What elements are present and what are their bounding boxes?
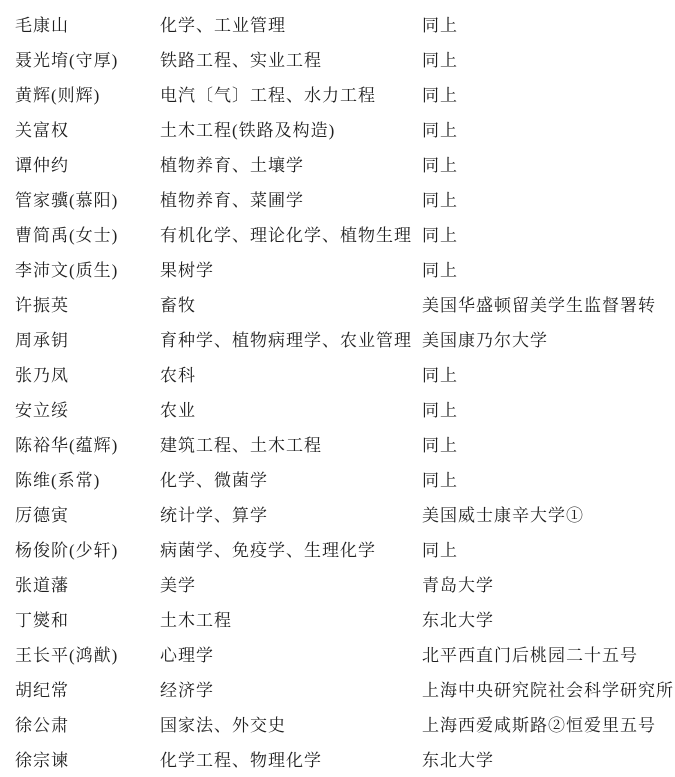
study-subjects: 经济学 <box>160 676 422 701</box>
study-subjects: 植物养育、土壤学 <box>160 151 422 176</box>
student-name: 安立绥 <box>15 396 160 421</box>
student-name: 谭仲约 <box>15 151 160 176</box>
study-subjects: 美学 <box>160 571 422 596</box>
student-name: 管家骥(慕阳) <box>15 186 160 211</box>
student-name: 周承钥 <box>15 326 160 351</box>
contact-address: 上海中央研究院社会科学研究所 <box>422 676 675 701</box>
student-name: 曹简禹(女士) <box>15 221 160 246</box>
contact-address: 同上 <box>422 536 675 561</box>
contact-address: 同上 <box>422 256 675 281</box>
study-subjects: 铁路工程、实业工程 <box>160 46 422 71</box>
table-row: 张道藩 美学 青岛大学 <box>0 566 675 601</box>
table-row: 陈裕华(蕴辉) 建筑工程、土木工程 同上 <box>0 426 675 461</box>
contact-address: 东北大学 <box>422 606 675 631</box>
contact-address: 同上 <box>422 361 675 386</box>
student-name: 黄辉(则辉) <box>15 81 160 106</box>
study-subjects: 电汽〔气〕工程、水力工程 <box>160 81 422 106</box>
study-subjects: 心理学 <box>160 641 422 666</box>
student-table: 毛康山 化学、工业管理 同上 聂光堉(守厚) 铁路工程、实业工程 同上 黄辉(则… <box>0 0 675 776</box>
study-subjects: 建筑工程、土木工程 <box>160 431 422 456</box>
student-name: 李沛文(质生) <box>15 256 160 281</box>
contact-address: 东北大学 <box>422 746 675 771</box>
contact-address: 同上 <box>422 81 675 106</box>
contact-address: 美国威士康辛大学① <box>422 501 675 526</box>
student-name: 毛康山 <box>15 11 160 36</box>
study-subjects: 化学、工业管理 <box>160 11 422 36</box>
contact-address: 北平西直门后桃园二十五号 <box>422 641 675 666</box>
table-row: 王长平(鸿猷) 心理学 北平西直门后桃园二十五号 <box>0 636 675 671</box>
study-subjects: 有机化学、理论化学、植物生理 <box>160 221 422 246</box>
table-row: 安立绥 农业 同上 <box>0 391 675 426</box>
student-name: 王长平(鸿猷) <box>15 641 160 666</box>
student-name: 张乃凤 <box>15 361 160 386</box>
table-row: 厉德寅 统计学、算学 美国威士康辛大学① <box>0 496 675 531</box>
study-subjects: 农业 <box>160 396 422 421</box>
table-row: 许振英 畜牧 美国华盛顿留美学生监督署转 <box>0 286 675 321</box>
table-row: 关富权 土木工程(铁路及构造) 同上 <box>0 111 675 146</box>
contact-address: 青岛大学 <box>422 571 675 596</box>
table-row: 聂光堉(守厚) 铁路工程、实业工程 同上 <box>0 41 675 76</box>
study-subjects: 农科 <box>160 361 422 386</box>
contact-address: 同上 <box>422 431 675 456</box>
student-name: 徐公肃 <box>15 711 160 736</box>
student-name: 杨俊阶(少轩) <box>15 536 160 561</box>
table-row: 管家骥(慕阳) 植物养育、菜圃学 同上 <box>0 181 675 216</box>
table-row: 周承钥 育种学、植物病理学、农业管理 美国康乃尔大学 <box>0 321 675 356</box>
table-row: 曹简禹(女士) 有机化学、理论化学、植物生理 同上 <box>0 216 675 251</box>
student-name: 陈裕华(蕴辉) <box>15 431 160 456</box>
contact-address: 同上 <box>422 151 675 176</box>
study-subjects: 土木工程(铁路及构造) <box>160 116 422 141</box>
study-subjects: 育种学、植物病理学、农业管理 <box>160 326 422 351</box>
table-row: 徐公肃 国家法、外交史 上海西爱咸斯路②恒爱里五号 <box>0 706 675 741</box>
study-subjects: 统计学、算学 <box>160 501 422 526</box>
contact-address: 美国康乃尔大学 <box>422 326 675 351</box>
contact-address: 上海西爱咸斯路②恒爱里五号 <box>422 711 675 736</box>
student-name: 胡纪常 <box>15 676 160 701</box>
student-name: 关富权 <box>15 116 160 141</box>
table-row: 杨俊阶(少轩) 病菌学、免疫学、生理化学 同上 <box>0 531 675 566</box>
table-row: 陈维(系常) 化学、微菌学 同上 <box>0 461 675 496</box>
contact-address: 同上 <box>422 11 675 36</box>
contact-address: 同上 <box>422 396 675 421</box>
table-row: 徐宗谏 化学工程、物理化学 东北大学 <box>0 741 675 776</box>
study-subjects: 植物养育、菜圃学 <box>160 186 422 211</box>
table-row: 谭仲约 植物养育、土壤学 同上 <box>0 146 675 181</box>
student-name: 张道藩 <box>15 571 160 596</box>
study-subjects: 化学、微菌学 <box>160 466 422 491</box>
study-subjects: 化学工程、物理化学 <box>160 746 422 771</box>
student-name: 厉德寅 <box>15 501 160 526</box>
student-name: 丁爕和 <box>15 606 160 631</box>
study-subjects: 病菌学、免疫学、生理化学 <box>160 536 422 561</box>
table-row: 李沛文(质生) 果树学 同上 <box>0 251 675 286</box>
study-subjects: 畜牧 <box>160 291 422 316</box>
student-name: 聂光堉(守厚) <box>15 46 160 71</box>
table-row: 毛康山 化学、工业管理 同上 <box>0 6 675 41</box>
table-row: 张乃凤 农科 同上 <box>0 356 675 391</box>
contact-address: 同上 <box>422 221 675 246</box>
contact-address: 同上 <box>422 466 675 491</box>
student-name: 陈维(系常) <box>15 466 160 491</box>
student-name: 许振英 <box>15 291 160 316</box>
table-row: 胡纪常 经济学 上海中央研究院社会科学研究所 <box>0 671 675 706</box>
contact-address: 美国华盛顿留美学生监督署转 <box>422 291 675 316</box>
study-subjects: 国家法、外交史 <box>160 711 422 736</box>
contact-address: 同上 <box>422 186 675 211</box>
study-subjects: 土木工程 <box>160 606 422 631</box>
contact-address: 同上 <box>422 46 675 71</box>
student-name: 徐宗谏 <box>15 746 160 771</box>
contact-address: 同上 <box>422 116 675 141</box>
table-row: 黄辉(则辉) 电汽〔气〕工程、水力工程 同上 <box>0 76 675 111</box>
document-page: 毛康山 化学、工业管理 同上 聂光堉(守厚) 铁路工程、实业工程 同上 黄辉(则… <box>0 0 675 777</box>
table-row: 丁爕和 土木工程 东北大学 <box>0 601 675 636</box>
study-subjects: 果树学 <box>160 256 422 281</box>
